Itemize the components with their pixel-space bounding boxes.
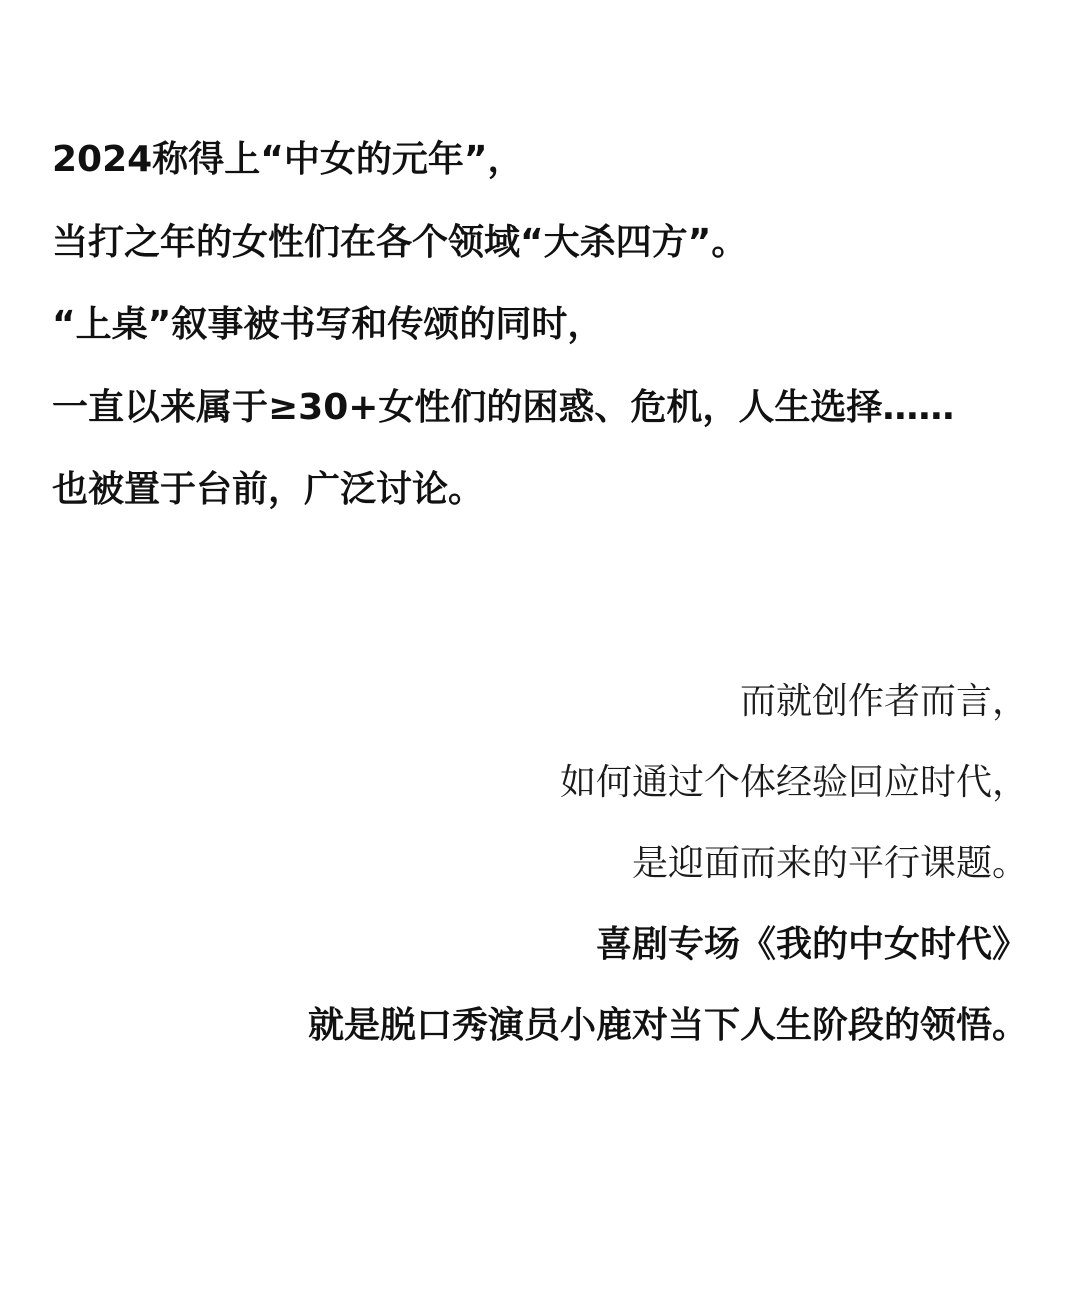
- intro-line-3: “上桌”叙事被书写和传颂的同时，: [52, 299, 1028, 382]
- intro-line-1: 2024称得上“中女的元年”，: [52, 134, 1028, 217]
- outro-line-1: 而就创作者而言，: [52, 676, 1028, 757]
- intro-paragraph: 2024称得上“中女的元年”， 当打之年的女性们在各个领域“大杀四方”。 “上桌…: [52, 134, 1028, 547]
- outro-line-5: 就是脱口秀演员小鹿对当下人生阶段的领悟。: [52, 1000, 1028, 1081]
- show-title-line: 喜剧专场《我的中女时代》: [52, 919, 1028, 1000]
- outro-line-3: 是迎面而来的平行课题。: [52, 838, 1028, 919]
- intro-line-4: 一直以来属于≥30+女性们的困惑、危机，人生选择……: [52, 382, 1028, 465]
- outro-line-2: 如何通过个体经验回应时代，: [52, 757, 1028, 838]
- outro-paragraph: 而就创作者而言， 如何通过个体经验回应时代， 是迎面而来的平行课题。 喜剧专场《…: [52, 676, 1028, 1081]
- intro-line-2: 当打之年的女性们在各个领域“大杀四方”。: [52, 217, 1028, 300]
- intro-line-5: 也被置于台前，广泛讨论。: [52, 464, 1028, 547]
